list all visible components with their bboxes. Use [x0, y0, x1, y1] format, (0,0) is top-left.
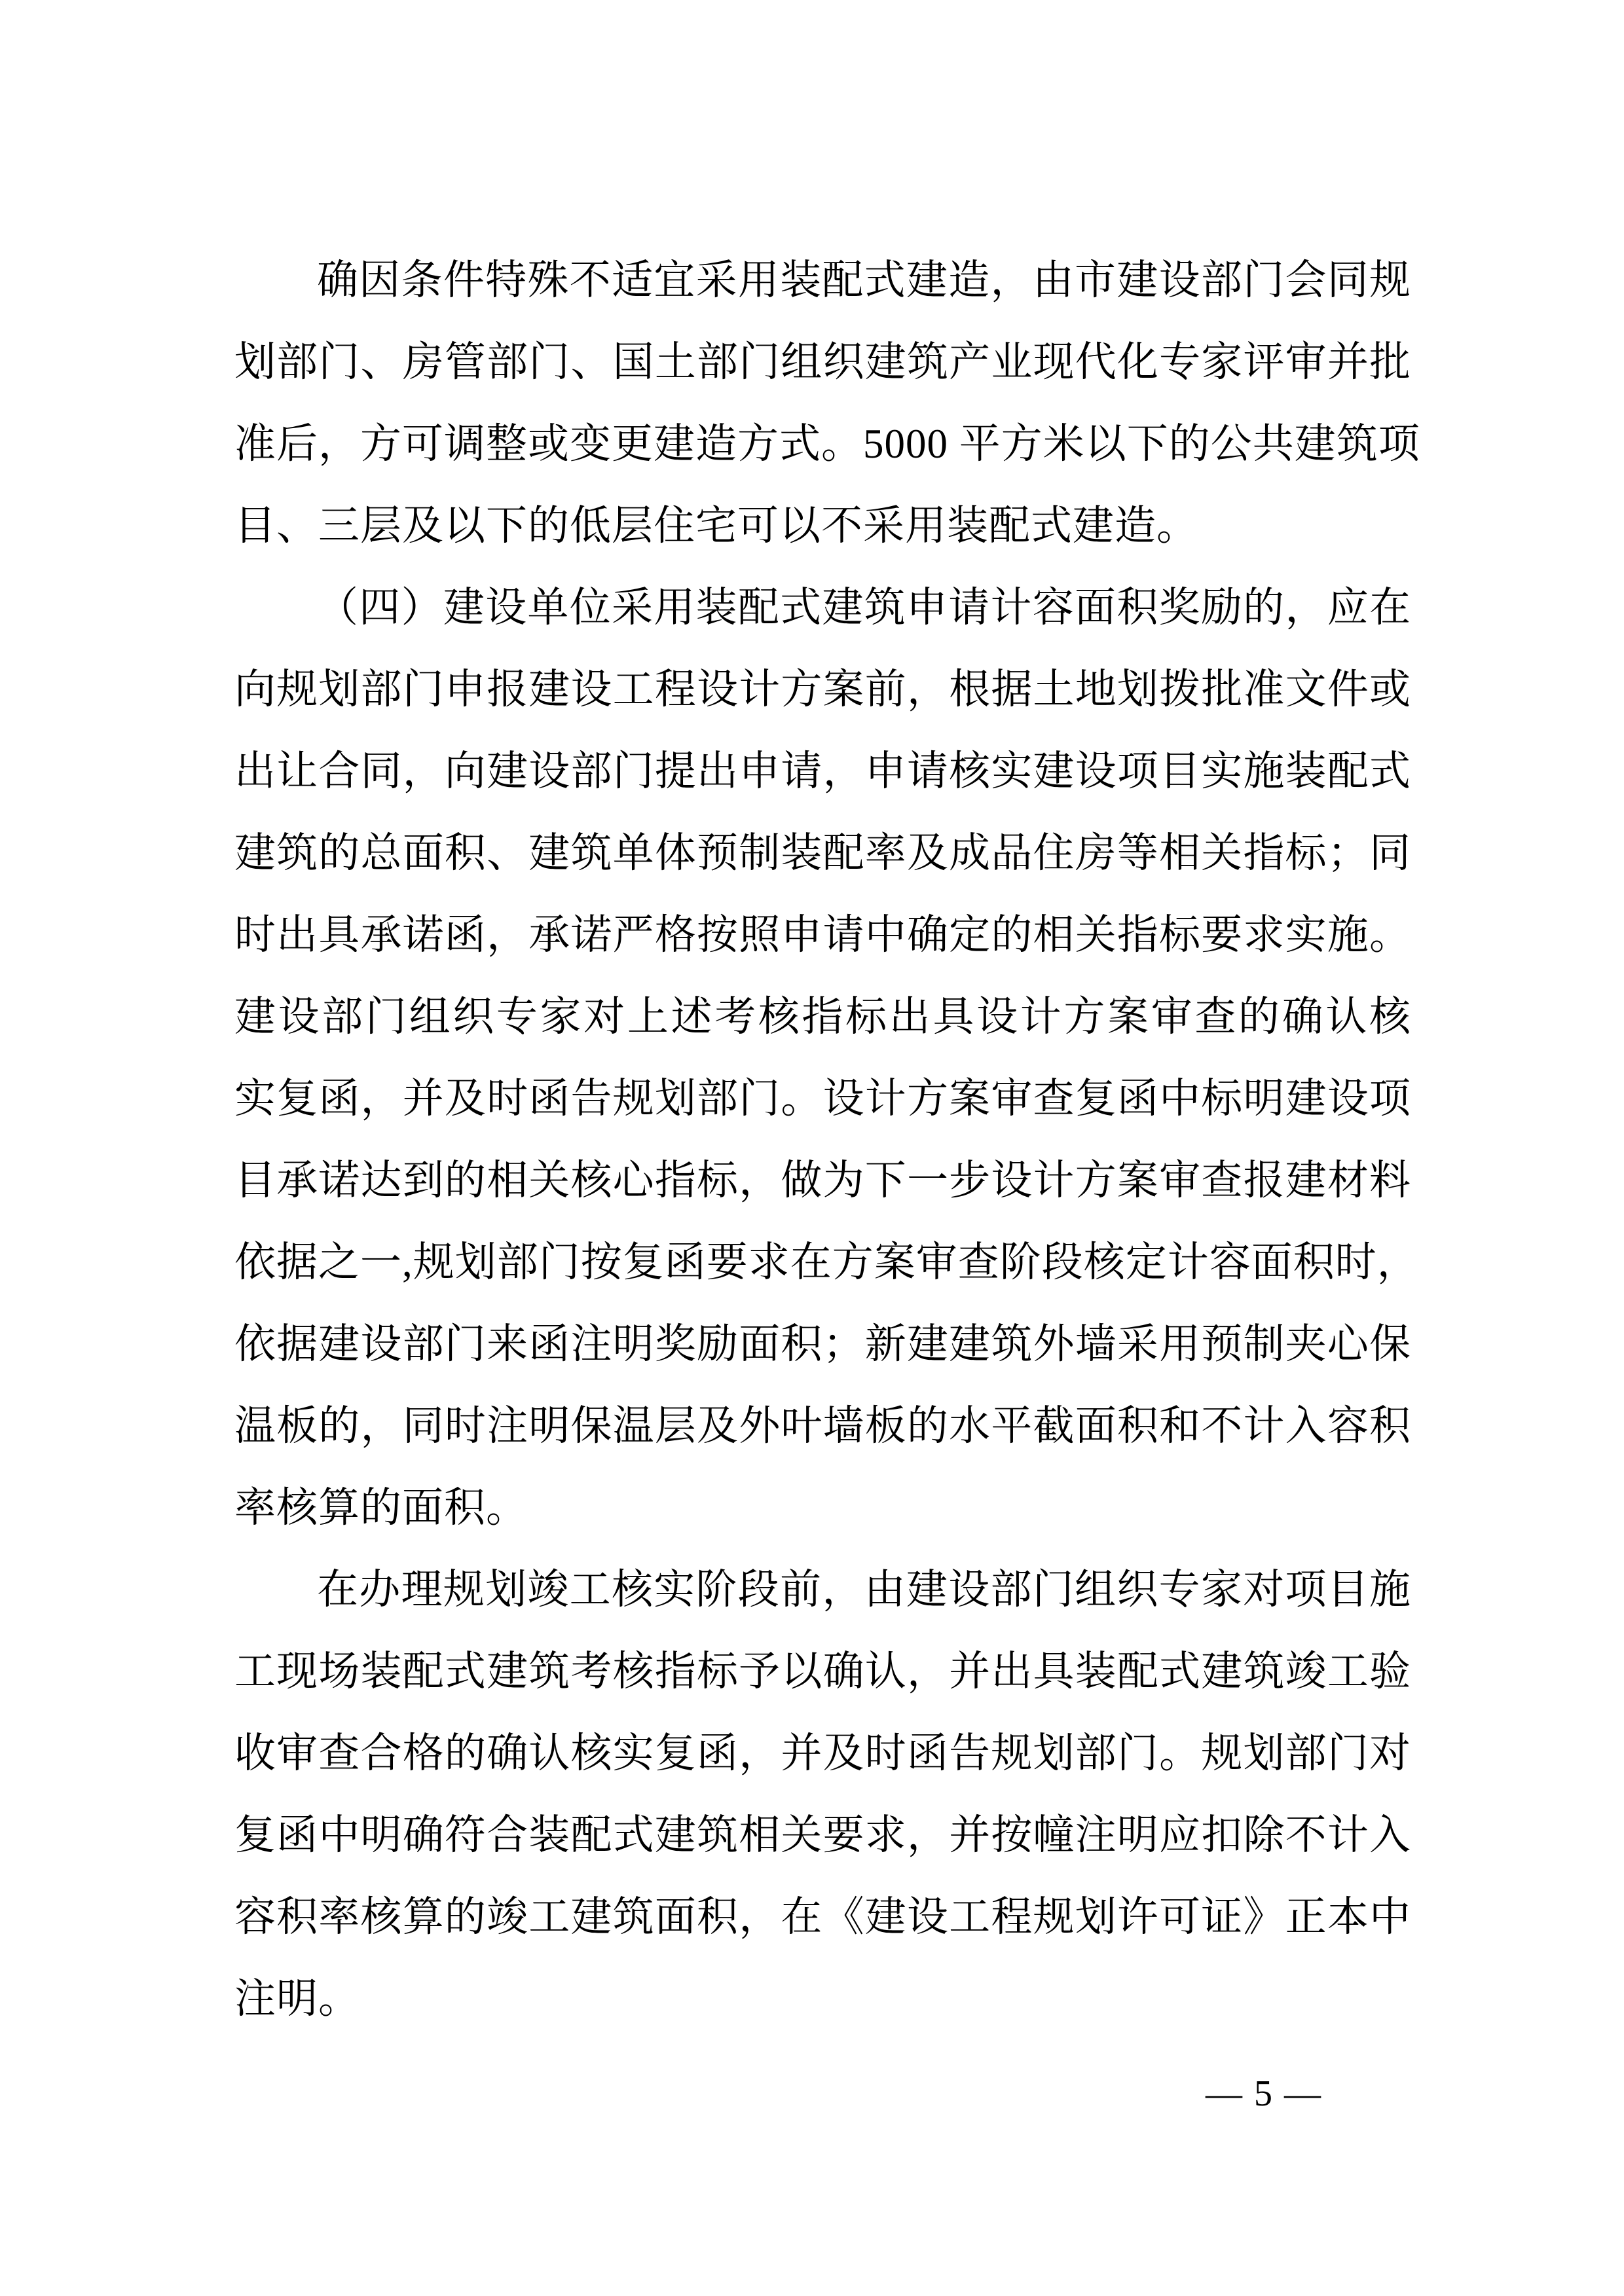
text-line: 复函中明确符合装配式建筑相关要求，并按幢注明应扣除不计入	[234, 1795, 1411, 1876]
text-line: 向规划部门申报建设工程设计方案前，根据土地划拨批准文件或	[234, 649, 1411, 731]
text-line: 目承诺达到的相关核心指标，做为下一步设计方案审查报建材料	[234, 1140, 1411, 1222]
text-line: 依据建设部门来函注明奖励面积；新建建筑外墙采用预制夹心保	[234, 1303, 1411, 1385]
page-number: — 5 —	[1192, 2071, 1336, 2117]
text-line: （四）建设单位采用装配式建筑申请计容面积奖励的，应在	[234, 567, 1411, 649]
text-line: 工现场装配式建筑考核指标予以确认，并出具装配式建筑竣工验	[234, 1631, 1411, 1713]
document-body: 确因条件特殊不适宜采用装配式建造，由市建设部门会同规 划部门、房管部门、国土部门…	[234, 240, 1411, 2040]
text-line: 注明。	[234, 1958, 1411, 2040]
text-line: 建设部门组织专家对上述考核指标出具设计方案审查的确认核	[234, 976, 1411, 1058]
text-line: 实复函，并及时函告规划部门。设计方案审查复函中标明建设项	[234, 1058, 1411, 1140]
text-line: 容积率核算的竣工建筑面积，在《建设工程规划许可证》正本中	[234, 1876, 1411, 1958]
text-line: 时出具承诺函，承诺严格按照申请中确定的相关指标要求实施。	[234, 894, 1411, 976]
text-line: 目、三层及以下的低层住宅可以不采用装配式建造。	[234, 485, 1411, 567]
text-line: 收审查合格的确认核实复函，并及时函告规划部门。规划部门对	[234, 1713, 1411, 1795]
text-line: 确因条件特殊不适宜采用装配式建造，由市建设部门会同规	[234, 240, 1411, 321]
text-line: 率核算的面积。	[234, 1467, 1411, 1549]
text-line: 建筑的总面积、建筑单体预制装配率及成品住房等相关指标；同	[234, 812, 1411, 894]
text-line: 依据之一,规划部门按复函要求在方案审查阶段核定计容面积时，	[234, 1222, 1411, 1303]
document-page: 确因条件特殊不适宜采用装配式建造，由市建设部门会同规 划部门、房管部门、国土部门…	[0, 0, 1624, 2296]
text-line: 划部门、房管部门、国土部门组织建筑产业现代化专家评审并批	[234, 321, 1411, 403]
text-line: 温板的，同时注明保温层及外叶墙板的水平截面积和不计入容积	[234, 1385, 1411, 1467]
text-line: 出让合同，向建设部门提出申请，申请核实建设项目实施装配式	[234, 731, 1411, 812]
text-line: 在办理规划竣工核实阶段前，由建设部门组织专家对项目施	[234, 1549, 1411, 1631]
text-line: 准后，方可调整或变更建造方式。5000 平方米以下的公共建筑项	[234, 403, 1411, 485]
